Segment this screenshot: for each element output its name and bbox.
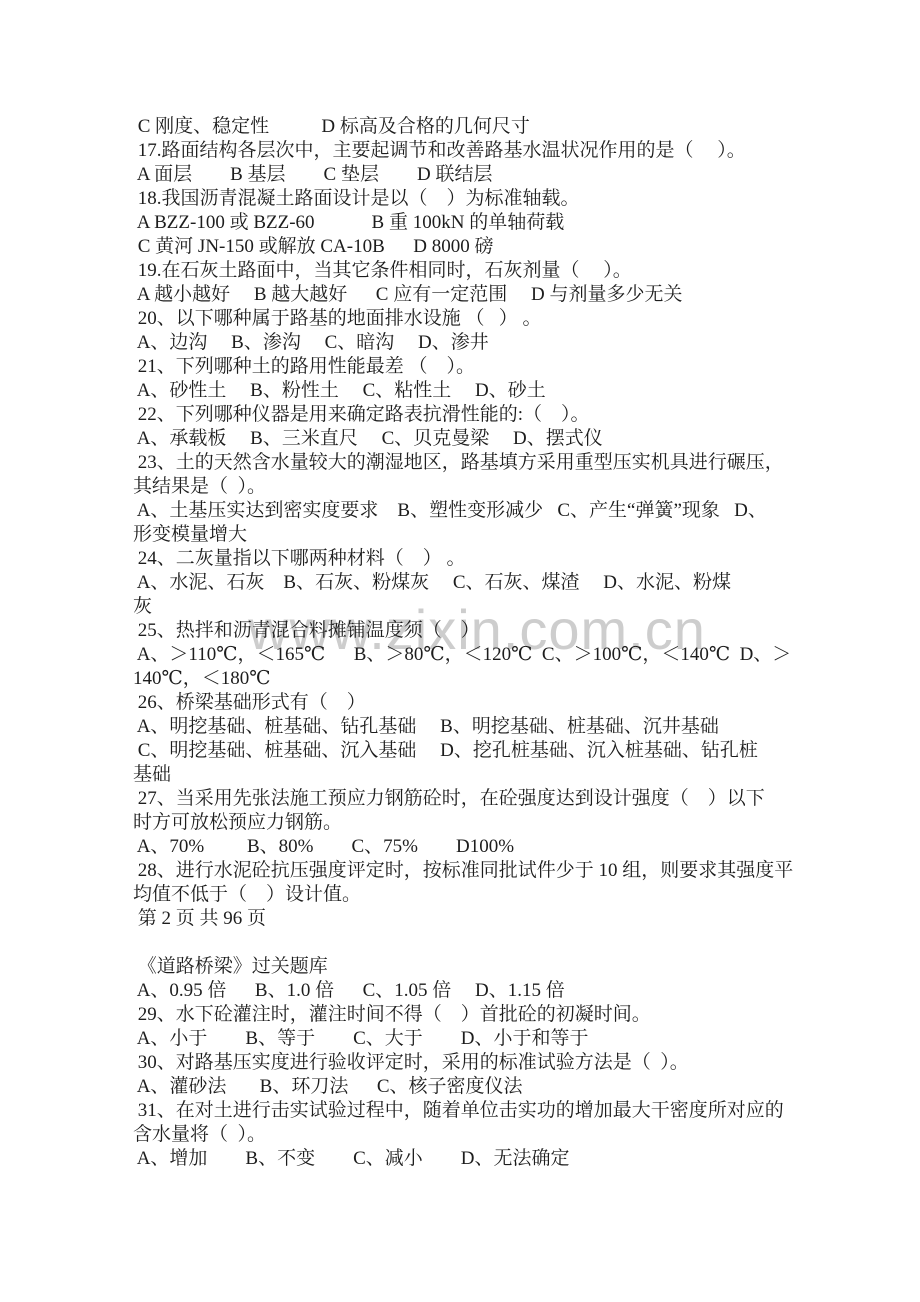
text-line: A、边沟 B、渗沟 C、暗沟 D、渗井 xyxy=(133,331,805,355)
text-line: A、0.95 倍 B、1.0 倍 C、1.05 倍 D、1.15 倍 xyxy=(133,979,805,1003)
text-line: 28、进行水泥砼抗压强度评定时，按标准同批试件少于 10 组，则要求其强度平 xyxy=(133,859,805,883)
text-line: A、增加 B、不变 C、减小 D、无法确定 xyxy=(133,1147,805,1171)
text-line: 灰 xyxy=(133,595,805,619)
text-line: A、明挖基础、桩基础、钻孔基础 B、明挖基础、桩基础、沉井基础 xyxy=(133,715,805,739)
document-body: C 刚度、稳定性 D 标高及合格的几何尺寸 17.路面结构各层次中，主要起调节和… xyxy=(133,115,805,1171)
text-line: 17.路面结构各层次中，主要起调节和改善路基水温状况作用的是（ ）。 xyxy=(133,139,805,163)
text-line: 18.我国沥青混凝土路面设计是以（ ）为标准轴载。 xyxy=(133,187,805,211)
text-line: 《道路桥梁》过关题库 xyxy=(133,955,805,979)
text-line: A、小于 B、等于 C、大于 D、小于和等于 xyxy=(133,1027,805,1051)
text-line: 22、下列哪种仪器是用来确定路表抗滑性能的:（ ）。 xyxy=(133,403,805,427)
text-line: 30、对路基压实度进行验收评定时，采用的标准试验方法是（ ）。 xyxy=(133,1051,805,1075)
text-line: C、明挖基础、桩基础、沉入基础 D、挖孔桩基础、沉入桩基础、钻孔桩 xyxy=(133,739,805,763)
text-line: 23、土的天然含水量较大的潮湿地区，路基填方采用重型压实机具进行碾压， xyxy=(133,451,805,475)
text-line: 其结果是（ ）。 xyxy=(133,475,805,499)
text-line xyxy=(133,931,805,955)
text-line: 形变模量增大 xyxy=(133,523,805,547)
document-page: www.zixin.com.cn C 刚度、稳定性 D 标高及合格的几何尺寸 1… xyxy=(0,0,920,1302)
text-line: A 面层 B 基层 C 垫层 D 联结层 xyxy=(133,163,805,187)
text-line: 时方可放松预应力钢筋。 xyxy=(133,811,805,835)
text-line: A、承载板 B、三米直尺 C、贝克曼梁 D、摆式仪 xyxy=(133,427,805,451)
text-line: 21、下列哪种土的路用性能最差 （ ）。 xyxy=(133,355,805,379)
text-line: 第 2 页 共 96 页 xyxy=(133,907,805,931)
text-line: 20、以下哪种属于路基的地面排水设施 （ ） 。 xyxy=(133,307,805,331)
text-line: 26、桥梁基础形式有（ ） xyxy=(133,691,805,715)
text-line: A、＞110℃，＜165℃ B、＞80℃，＜120℃ C、＞100℃，＜140℃… xyxy=(133,643,805,667)
text-line: 均值不低于（ ）设计值。 xyxy=(133,883,805,907)
text-line: C 刚度、稳定性 D 标高及合格的几何尺寸 xyxy=(133,115,805,139)
text-line: 25、热拌和沥青混合料摊铺温度须（ ） xyxy=(133,619,805,643)
text-line: A、灌砂法 B、环刀法 C、核子密度仪法 xyxy=(133,1075,805,1099)
text-line: A 越小越好 B 越大越好 C 应有一定范围 D 与剂量多少无关 xyxy=(133,283,805,307)
text-line: C 黄河 JN-150 或解放 CA-10B D 8000 磅 xyxy=(133,235,805,259)
text-line: 27、当采用先张法施工预应力钢筋砼时，在砼强度达到设计强度（ ）以下 xyxy=(133,787,805,811)
text-line: 140℃，＜180℃ xyxy=(133,667,805,691)
text-line: 29、水下砼灌注时，灌注时间不得（ ）首批砼的初凝时间。 xyxy=(133,1003,805,1027)
text-line: 31、在对土进行击实试验过程中，随着单位击实功的增加最大干密度所对应的 xyxy=(133,1099,805,1123)
text-line: A BZZ-100 或 BZZ-60 B 重 100kN 的单轴荷载 xyxy=(133,211,805,235)
text-line: 含水量将（ ）。 xyxy=(133,1123,805,1147)
text-line: 24、二灰量指以下哪两种材料（ ） 。 xyxy=(133,547,805,571)
text-line: A、土基压实达到密实度要求 B、塑性变形减少 C、产生“弹簧”现象 D、 xyxy=(133,499,805,523)
text-line: 19.在石灰土路面中，当其它条件相同时，石灰剂量（ ）。 xyxy=(133,259,805,283)
text-line: A、砂性土 B、粉性土 C、粘性土 D、砂土 xyxy=(133,379,805,403)
text-line: A、水泥、石灰 B、石灰、粉煤灰 C、石灰、煤渣 D、水泥、粉煤 xyxy=(133,571,805,595)
text-line: A、70% B、80% C、75% D100% xyxy=(133,835,805,859)
text-line: 基础 xyxy=(133,763,805,787)
